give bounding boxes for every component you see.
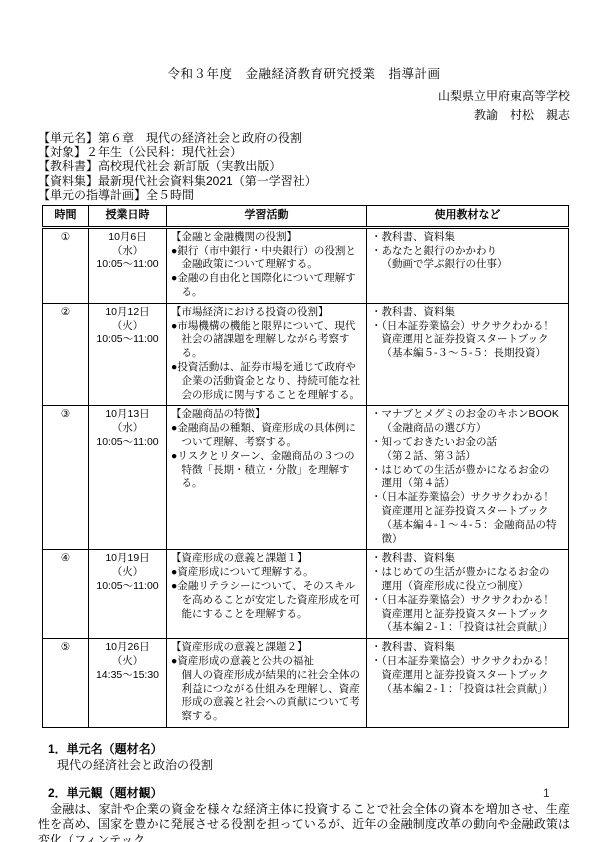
material-item: ・教科書、資料集 [371, 552, 564, 566]
material-item: ・教科書、資料集 [371, 231, 564, 245]
period-cell: ② [43, 303, 89, 406]
material-item: ・教科書、資料集 [371, 641, 564, 655]
datetime-cell: 10月26日 （火） 14:35～15:30 [89, 639, 167, 728]
section-body: 金融は、家計や企業の資金を様々な経済主体に投資することで社会全体の資本を増加させ… [38, 802, 570, 842]
period-cell: ① [43, 227, 89, 303]
material-item: ・教科書、資料集 [371, 306, 564, 320]
table-row: ③ 10月13日 （水） 10:05～11:00 【金融商品の特徴】 ●金融商品… [43, 406, 569, 550]
activity-title: 【資産形成の意義と課題２】 [171, 641, 362, 655]
material-item: ・（日本証券業協会）サクサクわかる！ 資産運用と証券投資スタートブック （基本編… [371, 594, 564, 635]
table-header-row: 時間 授業日時 学習活動 使用教材など [43, 206, 569, 228]
activity-item: ●投資活動は、証券市場を通じて政府や企業の活動資金となり、持続可能な社会の形成に… [171, 361, 362, 402]
material-item: ・（日本証券業協会）サクサクわかる！ 資産運用と証券投資スタートブック （基本編… [371, 491, 564, 546]
teacher-name: 教諭 村松 親志 [38, 106, 570, 125]
activity-item: ●金融リテラシーについて、そのスキルを高めることが安定した資産形成を可能にするこ… [171, 580, 362, 621]
materials-cell: ・マナブとメグミのお金のキホンBOOK （金融商品の選び方） ・知っておきたいお… [367, 406, 569, 550]
period-cell: ⑤ [43, 639, 89, 728]
header-period: 時間 [43, 206, 89, 228]
activity-cell: 【市場経済における投資の役割】 ●市場機構の機能と限界について、現代社会の諸課題… [167, 303, 367, 406]
activity-cell: 【金融商品の特徴】 ●金融商品の種類、資産形成の具体例について理解、考察する。 … [167, 406, 367, 550]
activity-cell: 【金融と金融機関の役割】 ●銀行（市中銀行・中央銀行）の役割と金融政策について理… [167, 227, 367, 303]
school-name: 山梨県立甲府東高等学校 [38, 87, 570, 106]
activity-item: ●銀行（市中銀行・中央銀行）の役割と金融政策について理解する。 [171, 245, 362, 273]
material-item: ・あなたと銀行のかかわり （動画で学ぶ銀行の仕事） [371, 245, 564, 273]
activity-item: ●金融の自由化と国際化について理解する。 [171, 272, 362, 300]
plan-line: 【単元の指導計画】全５時間 [38, 188, 570, 202]
period-cell: ④ [43, 550, 89, 639]
section-body: 現代の経済社会と政治の役割 [38, 758, 570, 773]
header-datetime: 授業日時 [89, 206, 167, 228]
datetime-cell: 10月13日 （水） 10:05～11:00 [89, 406, 167, 550]
datetime-cell: 10月19日 （火） 10:05～11:00 [89, 550, 167, 639]
activity-cell: 【資産形成の意義と課題２】 ●資産形成の意義と公共の福祉 個人の資産形成が結果的… [167, 639, 367, 728]
datetime-cell: 10月12日 （火） 10:05～11:00 [89, 303, 167, 406]
materials-cell: ・教科書、資料集 ・はじめての生活が豊かになるお金の 運用（資産形成に役立つ制度… [367, 550, 569, 639]
material-item: ・マナブとメグミのお金のキホンBOOK （金融商品の選び方） [371, 408, 564, 436]
activity-item: ●リスクとリターン、金融商品の３つの特徴「長期・積立・分散」を理解する。 [171, 450, 362, 491]
target-line: 【対象】２年生（公民科：現代社会） [38, 145, 570, 159]
activity-cell: 【資産形成の意義と課題１】 ●資産形成について理解する。 ●金融リテラシーについ… [167, 550, 367, 639]
material-item: ・知っておきたいお金の話 （第２話、第３話） [371, 436, 564, 464]
unit-info: 【単元名】第６章 現代の経済社会と政府の役割 【対象】２年生（公民科：現代社会）… [38, 131, 570, 202]
activity-item: ●金融商品の種類、資産形成の具体例について理解、考察する。 [171, 422, 362, 450]
table-row: ① 10月6日 （水） 10:05～11:00 【金融と金融機関の役割】 ●銀行… [43, 227, 569, 303]
activity-title: 【金融と金融機関の役割】 [171, 231, 362, 245]
section-unit-name: 1．単元名（題材名） 現代の経済社会と政治の役割 [38, 742, 570, 773]
document-page: 令和３年度 金融経済教育研究授業 指導計画 山梨県立甲府東高等学校 教諭 村松 … [0, 0, 595, 842]
section-unit-view: 2．単元観（題材観） 金融は、家計や企業の資金を様々な経済主体に投資することで社… [38, 786, 570, 842]
textbook-line: 【教科書】高校現代社会 新訂版（実教出版） [38, 159, 570, 173]
section-heading: 1．単元名（題材名） [38, 742, 570, 757]
section-heading: 2．単元観（題材観） [38, 786, 570, 801]
period-cell: ③ [43, 406, 89, 550]
material-item: ・（日本証券業協会）サクサクわかる！ 資産運用と証券投資スタートブック （基本編… [371, 655, 564, 696]
table-row: ② 10月12日 （火） 10:05～11:00 【市場経済における投資の役割】… [43, 303, 569, 406]
datetime-cell: 10月6日 （水） 10:05～11:00 [89, 227, 167, 303]
materials-cell: ・教科書、資料集 ・あなたと銀行のかかわり （動画で学ぶ銀行の仕事） [367, 227, 569, 303]
activity-title: 【金融商品の特徴】 [171, 408, 362, 422]
schedule-table: 時間 授業日時 学習活動 使用教材など ① 10月6日 （水） 10:05～11… [42, 205, 569, 728]
activity-title: 【資産形成の意義と課題１】 [171, 552, 362, 566]
document-title: 令和３年度 金融経済教育研究授業 指導計画 [38, 64, 570, 82]
material-item: ・はじめての生活が豊かになるお金の 運用（資産形成に役立つ制度） [371, 566, 564, 594]
header-materials: 使用教材など [367, 206, 569, 228]
reference-line: 【資料集】最新現代社会資料集2021（第一学習社） [38, 174, 570, 188]
activity-item: ●資産形成について理解する。 [171, 566, 362, 580]
unit-name-line: 【単元名】第６章 現代の経済社会と政府の役割 [38, 131, 570, 145]
header-activity: 学習活動 [167, 206, 367, 228]
table-row: ④ 10月19日 （火） 10:05～11:00 【資産形成の意義と課題１】 ●… [43, 550, 569, 639]
material-item: ・（日本証券業協会）サクサクわかる！ 資産運用と証券投資スタートブック （基本編… [371, 320, 564, 361]
page-number: 1 [543, 786, 550, 800]
activity-item: ●市場機構の機能と限界について、現代社会の諸課題を理解しながら考察する。 [171, 320, 362, 361]
material-item: ・はじめての生活が豊かになるお金の 運用（第４話） [371, 464, 564, 492]
materials-cell: ・教科書、資料集 ・（日本証券業協会）サクサクわかる！ 資産運用と証券投資スター… [367, 639, 569, 728]
table-row: ⑤ 10月26日 （火） 14:35～15:30 【資産形成の意義と課題２】 ●… [43, 639, 569, 728]
activity-item: ●資産形成の意義と公共の福祉 個人の資産形成が結果的に社会全体の利益につながる仕… [171, 655, 362, 724]
materials-cell: ・教科書、資料集 ・（日本証券業協会）サクサクわかる！ 資産運用と証券投資スター… [367, 303, 569, 406]
activity-title: 【市場経済における投資の役割】 [171, 306, 362, 320]
